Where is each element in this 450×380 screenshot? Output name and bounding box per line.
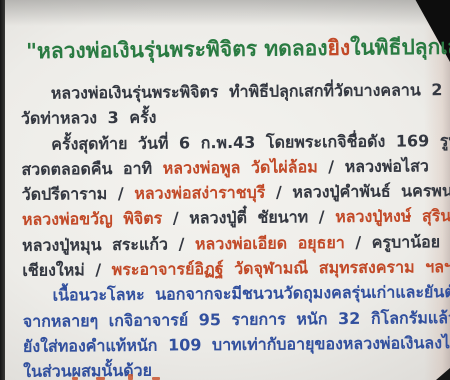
text-line-segment: หลวงพ่อเงินรุ่นพระพิจิตร ทำพิธีปลุกเสกที… bbox=[51, 80, 450, 103]
text-line: วัดท่าหลวง 3 ครั้ง bbox=[21, 102, 441, 131]
photographed-page: "หลวงพ่อเงินรุ่นพระพิจิตร ทดลองยิงในพิธี… bbox=[0, 0, 450, 380]
headline-segment: ยิง bbox=[327, 36, 350, 60]
text-line-segment: หลวงพ่อขวัญ พิจิตร bbox=[22, 209, 163, 229]
text-line-segment: วัดปรีดาราม / bbox=[22, 184, 135, 204]
text-line-segment: ครั้งสุดท้าย วันที่ 6 ก.พ.43 โดยพระเกจิช… bbox=[51, 131, 450, 154]
text-line-segment: พระอาจารย์อิฏฐ์ วัดจุฬามณี สมุทรสงคราม ฯ… bbox=[112, 257, 450, 279]
text-line-segment: / หลวงพ่อไสว bbox=[318, 156, 429, 176]
top-shadow bbox=[0, 0, 450, 26]
cutoff-text-fragment bbox=[128, 374, 133, 380]
text-line: เนื้อนวะโลหะ นอกจากจะมีชนวนวัดถุมงคลรุ่น… bbox=[22, 280, 442, 309]
text-line: หลวงปู่หมุน สระแก้ว / หลวงพ่อเอียด อยุธย… bbox=[22, 229, 442, 258]
text-line-segment: หลวงปู่หมุน สระแก้ว / bbox=[22, 234, 195, 255]
headline: "หลวงพ่อเงินรุ่นพระพิจิตร ทดลองยิงในพิธี… bbox=[26, 31, 444, 68]
text-line: จากหลายๆ เกจิอาจารย์ 95 รายการ หนัก 32 ก… bbox=[23, 305, 443, 334]
text-line-segment: หลวงพ่อพูล วัดไผ่ล้อม bbox=[163, 157, 318, 177]
left-dark-border bbox=[0, 0, 5, 380]
text-line-segment: เนื้อนวะโลหะ นอกจากจะมีชนวนวัดถุมงคลรุ่น… bbox=[52, 282, 450, 305]
text-line-segment: / ครูบาน้อย bbox=[345, 232, 441, 252]
text-line-segment: / หลวงปู่คำพันธ์ นครพนม / bbox=[265, 181, 450, 202]
text-line: สวดตลอดคืน อาทิ หลวงพ่อพูล วัดไผ่ล้อม / … bbox=[21, 153, 441, 182]
text-line: ครั้งสุดท้าย วันที่ 6 ก.พ.43 โดยพระเกจิช… bbox=[21, 128, 441, 157]
text-line-segment: หลวงปู่หงษ์ สุรินทร์ bbox=[335, 206, 450, 226]
text-line-segment: หลวงพ่อเอียด อยุธยา bbox=[195, 233, 345, 253]
text-line: เชียงใหม่ / พระอาจารย์อิฏฐ์ วัดจุฬามณี ส… bbox=[22, 254, 442, 283]
text-line-segment: สวดตลอดคืน อาทิ bbox=[21, 158, 162, 178]
text-line: หลวงพ่อขวัญ พิจิตร / หลวงปู่ตี๋ ชัยนาท /… bbox=[22, 204, 442, 233]
text-line-segment: เชียงใหม่ / bbox=[22, 260, 112, 280]
text-line: หลวงพ่อเงินรุ่นพระพิจิตร ทำพิธีปลุกเสกที… bbox=[21, 77, 441, 106]
headline-segment: ในพิธีปลุกเสก bbox=[350, 35, 450, 60]
text-line-segment: จากหลายๆ เกจิอาจารย์ 95 รายการ หนัก 32 ก… bbox=[23, 308, 450, 331]
text-line-segment: / หลวงปู่ตี๋ ชัยนาท / bbox=[162, 208, 335, 229]
text-line-segment: หลวงพ่อสง่าราชบุรี bbox=[134, 183, 265, 203]
text-line-segment: วัดท่าหลวง 3 ครั้ง bbox=[21, 108, 157, 128]
text-line: วัดปรีดาราม / หลวงพ่อสง่าราชบุรี / หลวงป… bbox=[22, 178, 442, 207]
body-text: หลวงพ่อเงินรุ่นพระพิจิตร ทำพิธีปลุกเสกที… bbox=[21, 77, 444, 380]
text-line: ยังใส่ทองคำแท้หนัก 109 บาทเท่ากับอายุของ… bbox=[23, 330, 443, 359]
headline-segment: "หลวงพ่อเงินรุ่นพระพิจิตร ทดลอง bbox=[26, 36, 328, 63]
text-line-segment: ยังใส่ทองคำแท้หนัก 109 บาทเท่ากับอายุของ… bbox=[23, 333, 450, 356]
text-line: ในส่วนผสมนั้นด้วย bbox=[23, 355, 443, 380]
